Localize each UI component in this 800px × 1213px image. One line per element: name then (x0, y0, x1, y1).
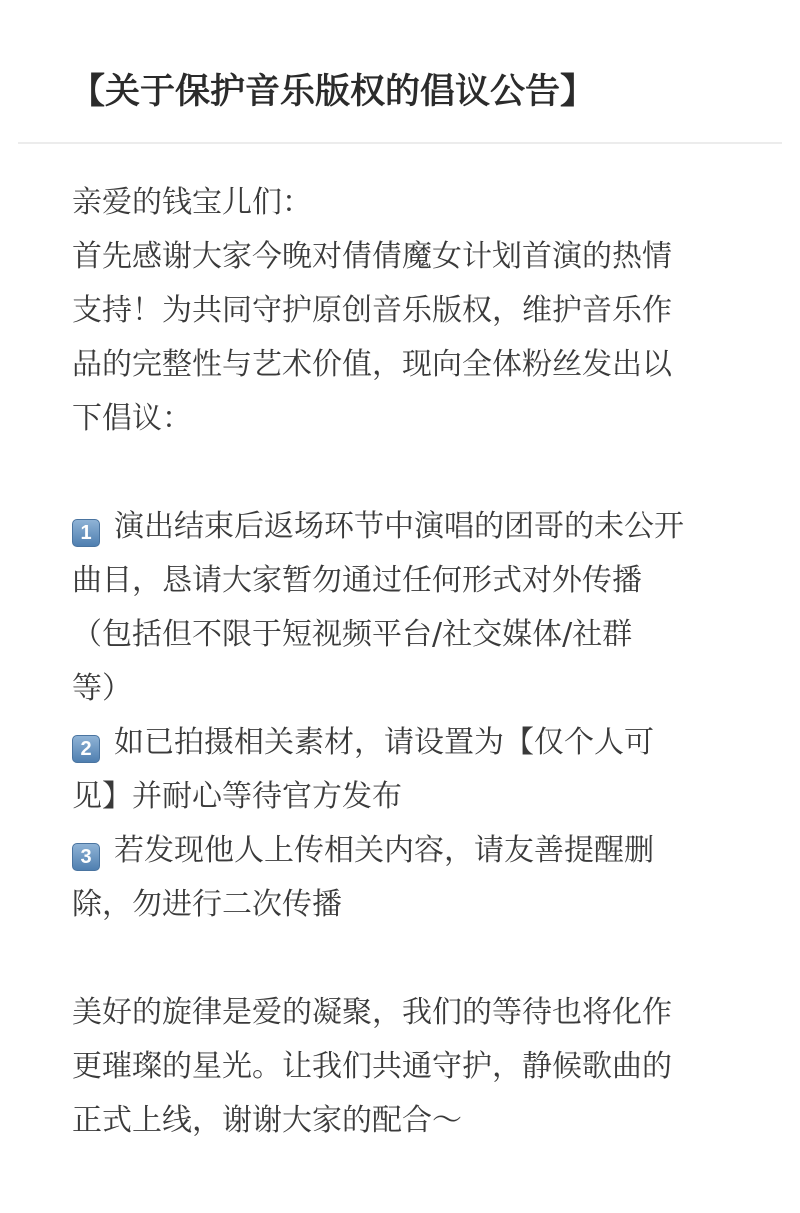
spacer (72, 446, 732, 500)
intro-line: 支持！为共同守护原创音乐版权，维护音乐作 (72, 284, 732, 338)
spacer (72, 932, 732, 986)
item-line: 若发现他人上传相关内容，请友善提醒删 (114, 833, 654, 868)
keycap-2-icon: 2 (72, 735, 100, 763)
closing-paragraph: 美好的旋律是爱的凝聚，我们的等待也将化作 更璀璨的星光。让我们共通守护，静候歌曲… (72, 986, 732, 1148)
keycap-3-icon: 3 (72, 843, 100, 871)
announcement-title: 【关于保护音乐版权的倡议公告】 (70, 62, 595, 122)
greeting: 亲爱的钱宝儿们： (72, 176, 732, 230)
keycap-1-icon: 1 (72, 519, 100, 547)
item-line: 如已拍摄相关素材，请设置为【仅个人可 (114, 725, 654, 760)
item-line: 除，勿进行二次传播 (72, 878, 732, 932)
item-line: 曲目，恳请大家暂勿通过任何形式对外传播 (72, 554, 732, 608)
initiative-item-1: 1演出结束后返场环节中演唱的团哥的未公开 曲目，恳请大家暂勿通过任何形式对外传播… (72, 500, 732, 716)
closing-line: 美好的旋律是爱的凝聚，我们的等待也将化作 (72, 986, 732, 1040)
intro-line: 首先感谢大家今晚对倩倩魔女计划首演的热情 (72, 230, 732, 284)
intro-paragraph: 首先感谢大家今晚对倩倩魔女计划首演的热情 支持！为共同守护原创音乐版权，维护音乐… (72, 230, 732, 446)
item-line: 演出结束后返场环节中演唱的团哥的未公开 (114, 509, 684, 544)
intro-line: 下倡议： (72, 392, 732, 446)
initiative-item-2: 2如已拍摄相关素材，请设置为【仅个人可 见】并耐心等待官方发布 (72, 716, 732, 824)
item-line: 等） (72, 662, 732, 716)
initiative-item-3: 3若发现他人上传相关内容，请友善提醒删 除，勿进行二次传播 (72, 824, 732, 932)
title-divider (18, 142, 782, 144)
closing-line: 正式上线，谢谢大家的配合～ (72, 1094, 732, 1148)
closing-line: 更璀璨的星光。让我们共通守护，静候歌曲的 (72, 1040, 732, 1094)
announcement-body: 亲爱的钱宝儿们： 首先感谢大家今晚对倩倩魔女计划首演的热情 支持！为共同守护原创… (72, 176, 732, 1148)
item-line: 见】并耐心等待官方发布 (72, 770, 732, 824)
item-line: （包括但不限于短视频平台/社交媒体/社群 (72, 608, 732, 662)
intro-line: 品的完整性与艺术价值，现向全体粉丝发出以 (72, 338, 732, 392)
